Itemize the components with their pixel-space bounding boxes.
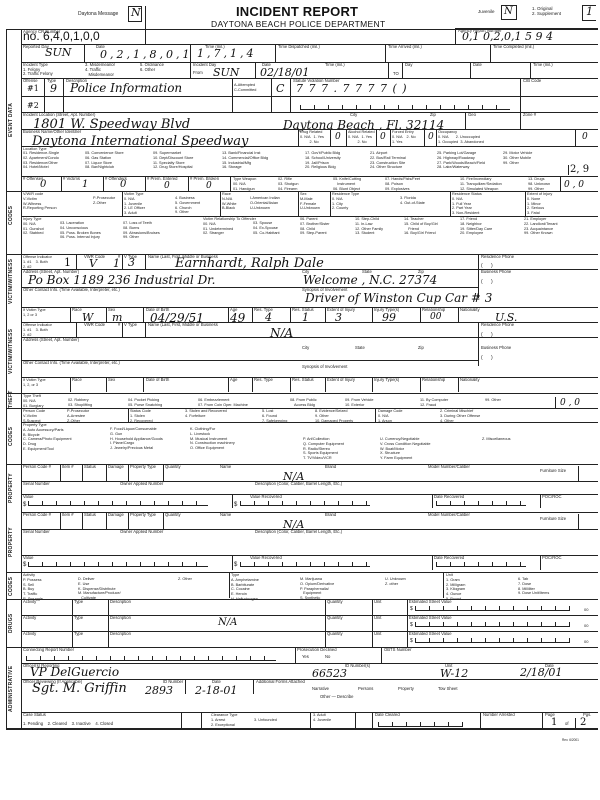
divider (252, 377, 253, 392)
divider (6, 408, 22, 409)
p1-name-label: Name (220, 465, 231, 470)
p1-brand-label: Brand (325, 465, 336, 470)
divider (21, 337, 598, 338)
p2-date-recovered-field[interactable] (436, 562, 526, 567)
divider (578, 514, 579, 530)
divider (455, 28, 456, 44)
location-type-col5: 17. Gov't/Public Bldg 18. School/Univers… (305, 151, 341, 170)
vwr-codes-2: P-Prosecutor Z-Other (93, 196, 115, 206)
time2-label: Time (mil.) (533, 63, 553, 68)
divider (122, 254, 123, 269)
divider (436, 129, 437, 146)
property-type-codes-6: Z. Miscellaneous (482, 437, 511, 442)
tow-sheet-checkbox[interactable]: Tow Sheet (438, 687, 458, 692)
prosecution-yes[interactable]: Yes (302, 655, 309, 660)
p1-quantity-label: Quantity (165, 465, 181, 470)
occupancy-label: Occupancy 0. N/A 2. Unoccupied 1. Occupi… (438, 130, 484, 144)
theft-type-codes: Type Theft 00. N/A 01. Burglary (23, 394, 43, 408)
victim-type-codes: Victim Type 0. N/A 1. Juvenile 2. LE Off… (124, 192, 145, 216)
p1-description-label: Description (Color, Caliber, Barrel Leng… (255, 482, 342, 487)
v2-age-label: Age (230, 378, 237, 383)
divider (21, 572, 598, 573)
statute-ticks[interactable] (300, 105, 510, 110)
weapon-value[interactable]: 0 , 0 (564, 180, 584, 190)
divider (375, 408, 376, 422)
location-type-value[interactable]: 2, 9 (570, 164, 589, 175)
drug-unit-codes-2: 6. Tab 7. Dose 8. Milliliter 9. Dose Uni… (518, 577, 549, 596)
divider (325, 599, 326, 647)
time-dispatched-label: Time Dispatched (mil.) (278, 45, 320, 50)
d1-unit-label: Unit (374, 600, 381, 605)
theft-type-value[interactable]: 0 , 0 (560, 398, 580, 408)
divider (21, 555, 598, 556)
reported-day-value[interactable]: SUN (45, 46, 71, 59)
divider (520, 112, 521, 129)
p1-date-recovered-field[interactable] (436, 501, 526, 506)
relationship-codes: Victim Relationship To Offender 00. N/A … (203, 217, 256, 236)
status-codes-2: 3. Stolen and Recovered 4. Forfeiture (185, 409, 227, 419)
side-label-victims-2: VICTIM/WITNESS (8, 324, 20, 378)
v1-offense-indicator-label: Offense Indicator 1. #1 3. Both 2. #2 (23, 255, 52, 269)
incident-type-options-3: 5. Ordinance 6. Other (140, 63, 164, 73)
obts-label: OBTS Number (384, 648, 411, 653)
p2-owner-applied-label: Owner Applied Number (120, 530, 163, 535)
d3-cents: 00 (584, 640, 588, 645)
day-label: Day (405, 63, 412, 68)
relationship-codes-5: 14. Teacher 15. Child of Boy/Girl Friend… (404, 217, 438, 236)
d2-description-label: Description (110, 616, 131, 621)
v1-nationality-label: Nationality (460, 308, 480, 313)
time-arrived-label: Time Arrived (mil.) (388, 45, 422, 50)
divider (381, 647, 382, 663)
p1-status-label: Status (84, 465, 96, 470)
injury-type-codes: Injury Type 00. N/A 01. Gunshot 02. Stab… (23, 217, 44, 236)
v2-business-phone[interactable]: ( ) (481, 356, 493, 361)
v1-synopsis[interactable]: Driver of Winston Cup Car # 3 (305, 291, 492, 305)
geo-label: Geo (468, 113, 476, 118)
divider (128, 512, 129, 529)
forced-entry-value[interactable]: 0 (428, 132, 434, 142)
v1-vtype-value[interactable]: 3 (128, 256, 135, 269)
p1-item-label: Item # (62, 465, 74, 470)
location-type-col2: 05. Convenience Store 06. Gas Station 07… (85, 151, 124, 170)
persons-checkbox[interactable]: Persons (358, 687, 373, 692)
p2-property-type-label: Property Type (130, 513, 156, 518)
side-label-event-data: EVENT DATA (8, 100, 20, 140)
weapon-col3: 05. Knife/Cutting Instrument 06. Blunt O… (333, 177, 361, 191)
divider (72, 599, 73, 647)
divider (21, 631, 598, 632)
report-type-options: 1. Original 2. Supplement (532, 7, 561, 17)
form-bottom-border (6, 729, 598, 730)
p1-serial-label: Serial Number (23, 482, 50, 487)
divider (480, 712, 481, 729)
d1-cents: 00 (584, 608, 588, 613)
d2-description-value[interactable]: N/A (218, 617, 237, 628)
divider (432, 494, 433, 508)
officer-reporting-value[interactable]: VP DelGuercio (30, 665, 119, 679)
divider (325, 307, 326, 322)
divider (185, 679, 186, 694)
weapon-col5: 10. Fire/Incendiary 11. Tranquilizer/Sed… (460, 177, 502, 191)
prem-broken-value[interactable]: 0 (206, 181, 212, 191)
divider (145, 6, 146, 44)
divider (21, 408, 598, 409)
divider (310, 712, 311, 729)
incident-report-page: Daytona Message N INCIDENT REPORT DAYTON… (0, 0, 600, 800)
v2-offense-indicator-label: Offense Indicator 1. #1 3. Both 2. #2 (23, 323, 52, 337)
v2-res-status-label: Res. Status (292, 378, 314, 383)
side-label-codes-2: CODES (8, 410, 20, 462)
property-type-codes-4: P. Art/Collection Q. Computer Equipment … (303, 437, 344, 461)
theft-type-codes-5: 08. From Public Access Bldg (290, 398, 317, 408)
relationship-codes-3: 06. Parent 07. Brother/Sister 08. Child … (300, 217, 330, 236)
divider (385, 44, 386, 62)
divider (271, 78, 272, 112)
offenders-count-value[interactable]: 0 (120, 179, 126, 190)
number-arrested-label: Number Arrested (483, 713, 515, 718)
d2-dollar: $ (410, 623, 413, 628)
d1-activity-label: Activity (23, 600, 36, 605)
side-label-property-1: PROPERTY (8, 466, 20, 510)
divider (82, 512, 83, 529)
divider (355, 712, 356, 729)
d3-quantity-label: Quantity (327, 632, 343, 637)
p2-person-code-label: Person Code # (23, 513, 51, 518)
p2-poc-label: POC/ROC (542, 556, 562, 561)
p2-status-label: Status (84, 513, 96, 518)
d2-type-label: Type (74, 616, 83, 621)
theft-type-codes-3: 04. Pocket Picking 05. Purse Snatching (128, 398, 162, 408)
property-type-codes-3: K. Clothing/Fur L. Livestock M. Musical … (190, 427, 235, 451)
divider (372, 307, 373, 322)
theft-type-codes-6: 09. From Vehicle 10. Exterior (345, 398, 374, 408)
v1-business-phone[interactable]: ( ) (481, 280, 493, 285)
divider (255, 62, 256, 78)
divider (458, 377, 459, 392)
divider (372, 599, 373, 647)
residence-type-codes: Residence Type 0. N/A 1. City 2. County (332, 192, 359, 211)
d1-quantity-label: Quantity (327, 600, 343, 605)
divider (6, 572, 22, 573)
incident-type-options: 1. Felony 2. Traffic Felony (23, 68, 53, 78)
v1-relationship[interactable]: 00 (430, 312, 441, 322)
date-value[interactable]: 2/18/01 (520, 666, 562, 679)
prosecution-declined-label: Prosecution Declined (297, 648, 337, 653)
p2-date-recovered-label: Date Recovered (434, 556, 464, 561)
narrative-checkbox[interactable]: Narrative (312, 687, 329, 692)
divider (443, 572, 444, 598)
case-status-options: 1. Pending 2. Cleared 3. Inactive 4. Clo… (23, 722, 113, 727)
side-label-administrative: ADMINISTRATIVE (8, 649, 20, 729)
incident-type-options-2: 3. Misdemeanor 4. Traffic Misdemeanor (85, 63, 115, 77)
divider (106, 512, 107, 529)
juvenile-label: Juvenile (478, 10, 495, 15)
offense-1-type[interactable]: 9 (50, 82, 57, 95)
victims-count-value[interactable]: 1 (82, 179, 88, 190)
p1-person-code-label: Person Code # (23, 465, 51, 470)
to-label: TO (393, 72, 399, 77)
offense-1-attempted[interactable]: C (276, 82, 284, 95)
drug-activity-codes: Activity P. Possess S. Sell B. Buy T. Tr… (23, 573, 43, 602)
divider (163, 512, 164, 529)
time-value[interactable]: 1,7,1,4 (197, 47, 256, 60)
divider (402, 62, 403, 78)
divider (530, 62, 531, 78)
divider (21, 422, 598, 423)
divider (229, 572, 230, 598)
divider (21, 679, 598, 680)
forced-entry-label: Forced Entry 0. N/A 2. No 1. Yes (392, 130, 416, 144)
divider (228, 377, 229, 392)
p2-item-label: Item # (62, 513, 74, 518)
divider (290, 78, 291, 112)
divider (188, 176, 189, 191)
p2-value-recovered-label: Value Recovered (250, 556, 282, 561)
p1-value-label: Value (23, 495, 33, 500)
weapon-col4: 07. Hands/Fists/Feet 08. Poison 09. Expl… (385, 177, 420, 191)
d1-dollar: $ (410, 607, 413, 612)
property-type-codes-2: F. Food/Liquor/Consumable G. Gun H. Hous… (110, 427, 163, 451)
injury-type-codes-3: 07. Loss of Teeth 08. Burns 09. Abrasion… (123, 221, 160, 240)
extent-injury-codes: Extent of Injury 0. None 1. Minor 2. Ser… (527, 192, 552, 216)
v2-num-label: # (118, 323, 120, 328)
v1-other-contact-label: Other Contact Info. (Time Available, Int… (23, 288, 120, 293)
prem-entered-value[interactable]: 0 (164, 181, 170, 191)
form-revision: Rev. 6/2001 (562, 738, 579, 743)
p2-value-dollar: $ (23, 563, 26, 568)
divider (407, 599, 408, 647)
connecting-report-label: Connecting Report Number (23, 648, 74, 653)
relationship-codes-4: 10. Step-Child 11. In-Law 12. Other Fami… (355, 217, 383, 236)
divider (470, 62, 471, 78)
divider (60, 512, 61, 529)
divider (458, 307, 459, 322)
other-describe-checkbox[interactable]: Other — Describe (320, 695, 354, 700)
residence-type-codes-2: 3. Florida 4. Out-of-State (400, 196, 425, 206)
divider (145, 254, 146, 269)
prem-entered-label: # Prem. Entered (147, 177, 178, 182)
agency-cr-value[interactable]: no. 6,4,0,1,0,0 (23, 29, 100, 43)
divider (6, 191, 22, 192)
divider (21, 663, 598, 664)
d2-unit-label: Unit (374, 616, 381, 621)
location-type-col6: 21. Airport 22. Bus/Rail Terminal 23. Co… (370, 151, 406, 170)
d3-description-label: Description (110, 632, 131, 637)
offense-1-description[interactable]: Police Information (70, 81, 182, 95)
divider (145, 322, 146, 337)
weapon-label: Type Weapon 00. N/A 01. Handgun (233, 177, 256, 191)
divider (70, 307, 71, 322)
divider (106, 464, 107, 481)
reviewing-id-value[interactable]: 2893 (145, 684, 173, 697)
v2-vwr-label: VWR Code (84, 323, 105, 328)
drug-activity-codes-2: D. Deliver E. Use K. Dispense/Distribute… (78, 577, 121, 601)
alcohol-related-label: Alcohol Related 0. N/A 1. Yes 2. No (348, 130, 375, 144)
race-codes: Race N-N/A W-White B-Black (222, 192, 237, 211)
location-type-col4: 13. Bank/Financial Inst 14. Commercial/O… (222, 151, 268, 170)
time-completed-label: Time Completed (mil.) (493, 45, 534, 50)
property-checkbox[interactable]: Property (398, 687, 414, 692)
relationship-codes-2: 03. Spouse 04. Ex-Spouse 05. Co-Habitant (253, 221, 280, 235)
divider (61, 176, 62, 191)
divider (230, 176, 231, 191)
divider (298, 191, 299, 216)
divider (575, 129, 576, 146)
divider (6, 647, 22, 648)
victim-type-codes-2: 4. Business 5. Government 6. Church 9. O… (175, 196, 200, 215)
drug-related-label: Drug Related 0. N/A 1. Yes 2. No (300, 130, 324, 144)
weapon-col6: 13. Drugs 98. Unknown 99. Other (528, 177, 550, 191)
divider (232, 555, 233, 570)
p1-property-type-label: Property Type (130, 465, 156, 470)
daytona-message-value: N (131, 6, 141, 19)
agency-report-value[interactable]: 0,1 0,2,0,1 5 9 4 (462, 30, 553, 43)
divider (143, 307, 144, 322)
divider (84, 44, 85, 62)
p2-value-field[interactable] (28, 562, 208, 567)
theft-type-codes-4: 06. Embezzlement 07. From Coin Oper. Mac… (198, 398, 248, 408)
v1-residence-phone-label: Residence Phone (481, 255, 514, 260)
p1-value-recovered-field[interactable] (240, 501, 370, 506)
officer-reviewing-signature[interactable]: Sgt. M. Griffin (32, 681, 127, 696)
drug-type-codes-2: M. Marijuana O. Opium/Derivative P. Para… (300, 577, 334, 601)
theft-type-codes-2: 02. Robbery 03. Shoplifting (68, 398, 92, 408)
divider (82, 464, 83, 481)
reviewing-date-value[interactable]: 2-18-01 (195, 684, 237, 697)
from-label: From (193, 71, 203, 76)
v2-state-label: State (355, 346, 365, 351)
divider (21, 112, 598, 113)
divider (568, 165, 569, 175)
connecting-report-field[interactable] (26, 656, 276, 661)
vwr-codes: V/W/R code V-Victim W-Witness R-Reportin… (23, 192, 57, 211)
p1-furniture-label: Furniture Size (540, 469, 566, 474)
divider (220, 191, 221, 216)
drug-related-value[interactable]: 0 (335, 132, 341, 142)
date-value[interactable]: 0,2,1,8,0,1 (100, 48, 192, 61)
divider (253, 679, 254, 694)
v2-injury-types-label: Injury Type(s) (374, 378, 399, 383)
clearance-type-options-2: 3. Unfounded (254, 718, 277, 723)
divider (228, 307, 229, 322)
divider (298, 129, 299, 146)
of-label: of (565, 722, 569, 727)
id-numbers-label: ID Number(s) (345, 664, 370, 669)
divider (106, 377, 107, 392)
drug-type-codes: Type A. Amphetamine B. Barbiturate C. Co… (231, 573, 259, 602)
adult-juvenile-options: 3. Adult 4. Juvenile (313, 713, 331, 723)
divider (390, 129, 391, 146)
divider (555, 397, 556, 408)
sex-codes: Sex M-Male F-Female U-Unknown (300, 192, 320, 211)
v2-dob-label: Date of Birth (146, 378, 169, 383)
d1-street-value-field[interactable] (415, 606, 570, 611)
p1-value-recovered-label: Value Recovered (250, 495, 282, 500)
p2-description-label: Description (Color, Caliber, Barrel Leng… (255, 530, 342, 535)
divider (122, 322, 123, 337)
offense-1-statute[interactable]: 7 7 7 . 7 7 7 7 ( ) (296, 82, 408, 95)
v1-offense-indicator[interactable]: 1 (64, 256, 71, 269)
v2-res-type-label: Res. Type (254, 378, 273, 383)
divider (76, 322, 77, 337)
drug-type-codes-3: U. Unknown Z. other (385, 577, 406, 587)
offense-2-number: #2 (27, 101, 39, 110)
divider (181, 712, 182, 729)
v1-race-label: Race (72, 308, 82, 313)
p2-furniture-label: Furniture Size (540, 517, 566, 522)
alcohol-related-value[interactable]: 0 (380, 132, 386, 142)
divider (388, 62, 389, 78)
divider (376, 129, 377, 146)
v1-address[interactable]: Po Box 1189 236 Industrial Dr. (28, 273, 215, 287)
weapon-col2: 02. Rifle 03. Shotgun 04. Firearm (278, 177, 298, 191)
divider (60, 464, 61, 481)
attempted-label: A-Attempted C-Committed (234, 83, 256, 93)
p2-damage-label: Damage (108, 513, 124, 518)
d3-street-value-field[interactable] (415, 638, 570, 643)
divider (330, 191, 331, 216)
p1-value-field[interactable] (28, 501, 208, 506)
v1-city-state-zip[interactable]: Welcome , N.C. 27374 (303, 273, 437, 287)
divider (290, 307, 291, 322)
divider (478, 322, 479, 366)
divider (143, 377, 144, 392)
divider (21, 615, 598, 616)
v2-city-label: City (302, 346, 309, 351)
p2-value-recovered-field[interactable] (240, 562, 370, 567)
divider (465, 112, 466, 129)
divider (540, 555, 541, 570)
divider (128, 464, 129, 481)
divider (420, 377, 421, 392)
d1-description-label: Description (110, 600, 131, 605)
divider (21, 96, 598, 97)
location-type-col1: 01. Residence-Single 02. Apartment/Condo… (23, 151, 59, 170)
prosecution-no[interactable]: No (325, 655, 330, 660)
v2-vtype-label: V Type (124, 323, 137, 328)
v2-synopsis-label: Synopsis of Involvement (302, 365, 347, 370)
divider (525, 191, 526, 216)
divider (542, 712, 543, 729)
date-cleared-field[interactable] (378, 722, 463, 727)
d2-street-value-field[interactable] (415, 622, 570, 627)
divider (450, 191, 451, 216)
divider (190, 44, 191, 62)
v2-residence-phone-label: Residence Phone (481, 323, 514, 328)
case-status-label: Case Status (23, 713, 46, 718)
divider (372, 377, 373, 392)
clearance-type-label: Clearance Type 1. Arrest 2. Exceptional (211, 713, 238, 727)
divider (540, 494, 541, 508)
offenses-count-value[interactable]: 0 (40, 179, 46, 190)
occupancy-value[interactable]: 0 (582, 132, 588, 142)
divider (6, 254, 22, 255)
p2-value-label: Value (23, 556, 33, 561)
divider (424, 129, 425, 146)
relationship-codes-7: 21. Employer 22. Landlord/Tenant 23. Acq… (524, 217, 558, 236)
divider (372, 712, 373, 729)
v2-other-contact-label: Other Contact Info. (Time Available, Int… (23, 361, 120, 366)
location-type-col3: 09. Supermarket 10. Dept/Discount Store … (153, 151, 193, 170)
divider (575, 718, 576, 729)
drug-activity-codes-3: Z. Other (178, 577, 192, 582)
d3-activity-label: Activity (23, 632, 36, 637)
divider (290, 377, 291, 392)
property-type-codes-5: U. Currency/Negotiable V. Cross Conditio… (380, 437, 431, 461)
p2-serial-label: Serial Number (23, 530, 50, 535)
d3-unit-label: Unit (374, 632, 381, 637)
